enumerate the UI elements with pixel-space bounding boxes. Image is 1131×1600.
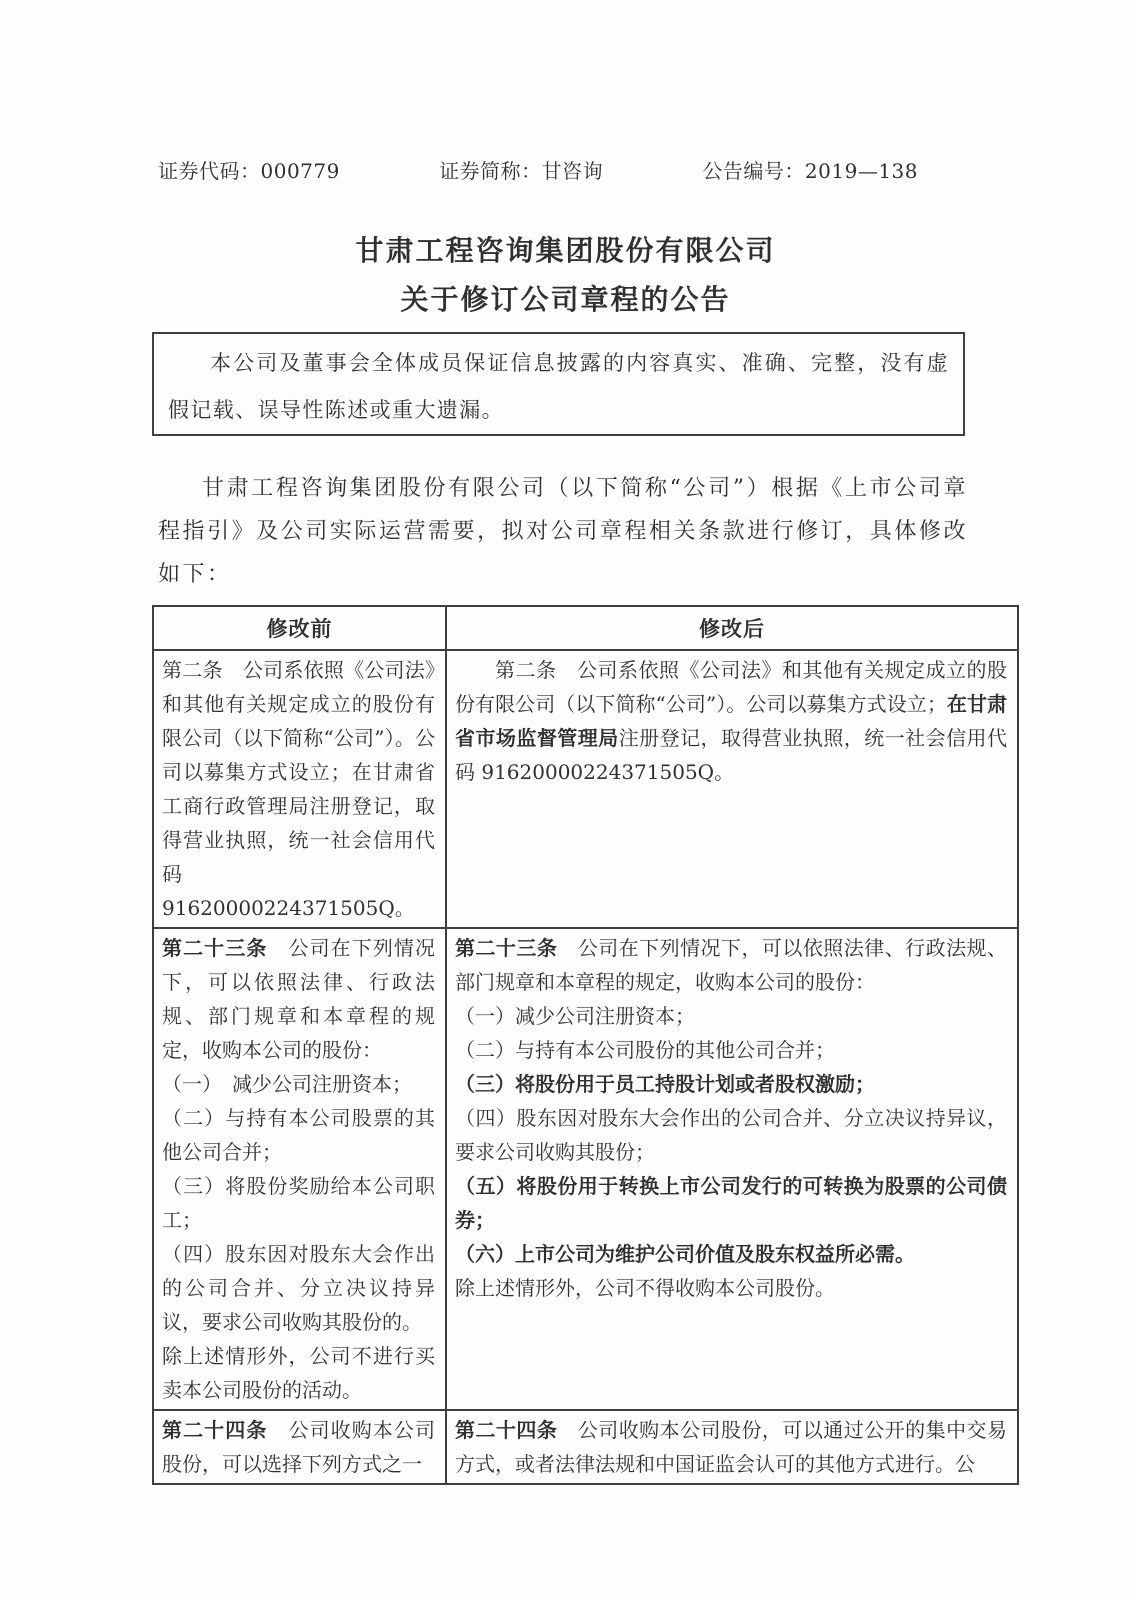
disclaimer-box: 本公司及董事会全体成员保证信息披露的内容真实、准确、完整，没有虚假记载、误导性陈… xyxy=(152,332,965,436)
disclaimer-text: 本公司及董事会全体成员保证信息披露的内容真实、准确、完整，没有虚假记载、误导性陈… xyxy=(168,340,949,434)
stock-code-text: 证券代码：000779 xyxy=(158,155,340,184)
cell-before: 第二十四条 公司收购本公司股份，可以选择下列方式之一 xyxy=(153,1410,446,1484)
revision-table-body: 第二条 公司系依照《公司法》和其他有关规定成立的股份有限公司（以下简称“公司”）… xyxy=(153,650,1018,1484)
table-row: 第二条 公司系依照《公司法》和其他有关规定成立的股份有限公司（以下简称“公司”）… xyxy=(153,650,1018,928)
intro-paragraph: 甘肃工程咨询集团股份有限公司（以下简称“公司”）根据《上市公司章程指引》及公司实… xyxy=(158,467,968,596)
table-header-before: 修改前 xyxy=(153,606,446,650)
table-header-row: 修改前 修改后 xyxy=(153,606,1018,650)
table-row: 第二十四条 公司收购本公司股份，可以选择下列方式之一第二十四条 公司收购本公司股… xyxy=(153,1410,1018,1484)
cell-before: 第二条 公司系依照《公司法》和其他有关规定成立的股份有限公司（以下简称“公司”）… xyxy=(153,650,446,928)
table-header-after: 修改后 xyxy=(446,606,1018,650)
document-header: 证券代码：000779 证券简称：甘咨询 公告编号：2019—138 xyxy=(158,155,918,184)
announcement-number-text: 公告编号：2019—138 xyxy=(702,155,918,184)
cell-after: 第二条 公司系依照《公司法》和其他有关规定成立的股份有限公司（以下简称“公司”）… xyxy=(446,650,1018,928)
cell-before: 第二十三条 公司在下列情况下，可以依照法律、行政法规、部门规章和本章程的规定，收… xyxy=(153,928,446,1410)
stock-abbr-text: 证券简称：甘咨询 xyxy=(439,155,603,184)
cell-after: 第二十四条 公司收购本公司股份，可以通过公开的集中交易方式，或者法律法规和中国证… xyxy=(446,1410,1018,1484)
cell-after: 第二十三条 公司在下列情况下，可以依照法律、行政法规、部门规章和本章程的规定，收… xyxy=(446,928,1018,1410)
document-title: 甘肃工程咨询集团股份有限公司 xyxy=(0,229,1131,269)
document-page: 证券代码：000779 证券简称：甘咨询 公告编号：2019—138 甘肃工程咨… xyxy=(0,0,1131,1600)
table-row: 第二十三条 公司在下列情况下，可以依照法律、行政法规、部门规章和本章程的规定，收… xyxy=(153,928,1018,1410)
revision-table: 修改前 修改后 第二条 公司系依照《公司法》和其他有关规定成立的股份有限公司（以… xyxy=(152,605,1019,1485)
document-subtitle: 关于修订公司章程的公告 xyxy=(0,278,1131,318)
